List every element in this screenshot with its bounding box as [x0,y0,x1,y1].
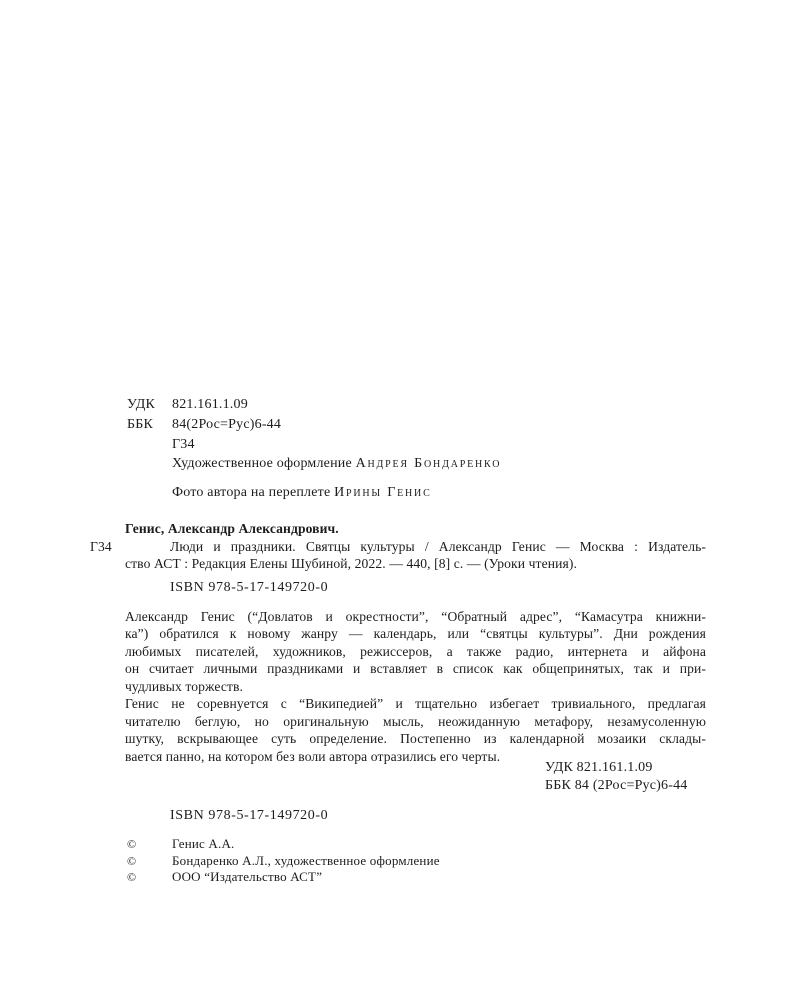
bibliographic-record: Генис, Александр Александрович. Г34 Люди… [90,520,706,573]
design-credit-text: Художественное оформление [172,456,352,471]
annotation-text: Александр Генис (“Довлатов и окрестности… [125,608,706,765]
photo-credit-text: Фото автора на переплете [172,485,330,500]
author-sign: Г34 [172,435,281,455]
annotation-line: Александр Генис (“Довлатов и окрестности… [125,608,706,625]
bbk-value: 84(2Рос=Рус)6-44 [172,415,281,435]
annotation-line: Генис не соревнуется с “Википедией” и тщ… [125,695,706,712]
catalog-block-bottom: УДК 821.161.1.09 ББК 84 (2Рос=Рус)6-44 [545,759,688,794]
record-author-heading: Генис, Александр Александрович. [125,520,706,538]
copyright-block: © Генис А.А. © Бондаренко А.Л., художест… [127,836,440,886]
record-description-line1: Люди и праздники. Святцы культуры / Алек… [90,538,706,556]
record-description-line2: ство АСТ : Редакция Елены Шубиной, 2022.… [125,555,706,573]
annotation-line: шутку, вскрывающее суть определение. Пос… [125,730,706,747]
udk-label: УДК [127,395,172,415]
udk-value: 821.161.1.09 [172,395,281,415]
udk-line-bottom: УДК 821.161.1.09 [545,759,688,777]
isbn-line-bottom: ISBN 978-5-17-149720-0 [170,808,328,824]
bbk-line-bottom: ББК 84 (2Рос=Рус)6-44 [545,777,688,795]
copyright-symbol: © [127,853,172,870]
bbk-label: ББК [127,415,172,435]
book-imprint-page: УДК 821.161.1.09 ББК 84(2Рос=Рус)6-44 Г3… [0,0,800,1000]
catalog-block-top: УДК 821.161.1.09 ББК 84(2Рос=Рус)6-44 Г3… [127,395,281,455]
annotation-line: ка”) обратился к новому жанру — календар… [125,625,706,642]
record-margin-sign: Г34 [90,538,112,556]
copyright-symbol: © [127,869,172,886]
annotation-line: любимых писателей, художников, режиссеро… [125,643,706,660]
annotation-line: читателю беглую, но оригинальную мысль, … [125,713,706,730]
copyright-holder: Генис А.А. [172,836,440,853]
photo-credit-line: Фото автора на переплете Ирины Генис [172,485,432,501]
author-sign-spacer [127,435,172,455]
copyright-holder: ООО “Издательство АСТ” [172,869,440,886]
photographer-name: Ирины Генис [334,485,431,500]
annotation-line: он считает личными праздниками и вставля… [125,660,706,677]
design-credit-line: Художественное оформление Андрея Бондаре… [172,456,501,472]
designer-name: Андрея Бондаренко [356,456,502,471]
copyright-symbol: © [127,836,172,853]
annotation-line: чудливых торжеств. [125,678,706,695]
copyright-holder: Бондаренко А.Л., художественное оформлен… [172,853,440,870]
isbn-line-top: ISBN 978-5-17-149720-0 [170,580,328,596]
